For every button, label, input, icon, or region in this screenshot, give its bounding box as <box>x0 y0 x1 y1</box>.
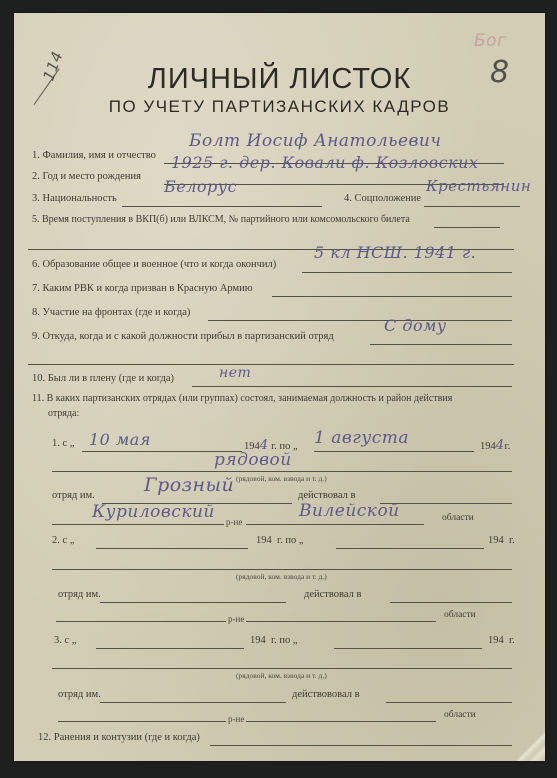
entry-from-date[interactable]: 10 мая <box>89 430 151 449</box>
field-line <box>52 471 512 472</box>
entry-region-label: области <box>444 610 476 620</box>
field-line <box>52 668 512 669</box>
entry-to-year: 1944г. <box>480 438 510 453</box>
entry-unit-label: отряд им. <box>58 589 101 600</box>
field-line <box>52 524 224 525</box>
field-line <box>210 745 512 746</box>
entry-position[interactable]: рядовой <box>214 450 292 470</box>
entry-region-label: области <box>444 710 476 720</box>
entry-district-label: р-не <box>228 614 244 624</box>
field-label-wounds: 12. Ранения и контузии (где и когда) <box>38 732 200 743</box>
field-line <box>246 621 436 622</box>
field-label-front-participation: 8. Участие на фронтах (где и когда) <box>32 307 190 318</box>
field-line <box>314 451 474 452</box>
entry-prefix: 1. с „ <box>52 438 74 449</box>
folded-corner <box>515 731 545 761</box>
field-label-social-status: 4. Соцположение <box>344 193 421 204</box>
field-line <box>390 602 512 603</box>
field-line <box>192 386 512 387</box>
field-label-birth: 2. Год и место рождения <box>32 171 141 182</box>
field-label-nationality: 3. Национальность <box>32 193 117 204</box>
entry-district-label: р-не <box>226 517 242 527</box>
entry-unit-label: отряд им. <box>52 490 95 501</box>
entry-prefix: 2. с „ <box>52 535 74 546</box>
field-label-partisan-units-cont: отряда: <box>48 408 79 419</box>
field-line <box>246 721 436 722</box>
field-line <box>122 206 322 207</box>
field-line <box>272 296 512 297</box>
archive-mark-red: Бог <box>474 31 507 51</box>
entry-unit[interactable]: Грозный <box>144 474 234 496</box>
page-subtitle: ПО УЧЕТУ ПАРТИЗАНСКИХ КАДРОВ <box>14 97 545 117</box>
entry-district-label: р-не <box>228 714 244 724</box>
field-line <box>56 621 226 622</box>
field-line <box>424 206 520 207</box>
field-label-party-membership: 5. Время поступления в ВКП(б) или ВЛКСМ,… <box>32 214 410 225</box>
field-label-arrival: 9. Откуда, когда и с какой должности при… <box>32 331 334 342</box>
field-line <box>336 548 484 549</box>
field-value-nationality[interactable]: Белорус <box>164 177 237 196</box>
field-value-captivity[interactable]: нет <box>219 365 251 381</box>
field-label-captivity: 10. Был ли в плену (где и когда) <box>32 373 174 384</box>
field-label-conscription: 7. Каким РВК и когда призван в Красную А… <box>32 283 253 294</box>
field-label-full-name: 1. Фамилия, имя и отчество <box>32 150 156 161</box>
field-value-social-status[interactable]: Крестьянин <box>426 177 531 195</box>
entry-to-year: 194 г. <box>488 535 515 546</box>
field-label-partisan-units: 11. В каких партизанских отрядах (или гр… <box>32 393 452 404</box>
field-line <box>302 272 512 273</box>
entry-region-label: области <box>442 513 474 523</box>
field-line <box>386 702 512 703</box>
field-line <box>96 648 244 649</box>
entry-acted-label: действовал в <box>304 589 361 600</box>
field-line <box>96 548 248 549</box>
field-line <box>52 569 512 570</box>
field-label-education: 6. Образование общее и военное (что и ко… <box>32 259 276 270</box>
entry-acted-label: действовал в <box>298 490 355 501</box>
field-value-full-name[interactable]: Болт Иосиф Анатольевич <box>189 131 441 151</box>
entry-prefix: 3. с „ <box>54 635 76 646</box>
entry-position-hint: (рядовой, ком. взвода и т. д.) <box>236 474 327 483</box>
entry-region[interactable]: Вилейской <box>299 501 400 521</box>
field-line <box>208 320 512 321</box>
field-value-birth[interactable]: 1925 г. дер. Ковали ф. Козловских <box>171 153 478 172</box>
field-value-arrival[interactable]: С дому <box>384 316 447 335</box>
field-line <box>370 344 512 345</box>
personal-record-sheet: 114 Бог 8 ЛИЧНЫЙ ЛИСТОК ПО УЧЕТУ ПАРТИЗА… <box>14 13 545 761</box>
entry-to-date[interactable]: 1 августа <box>314 428 409 448</box>
entry-from-year: 194 г. по „ <box>256 535 304 546</box>
field-line <box>246 524 424 525</box>
entry-from-year: 194 г. по „ <box>250 635 298 646</box>
field-line <box>58 721 226 722</box>
entry-to-year: 194 г. <box>488 635 515 646</box>
entry-position-hint: (рядовой, ком. взвода и т. д.) <box>236 671 327 680</box>
field-line <box>28 364 514 365</box>
field-line <box>100 602 286 603</box>
entry-acted-label: действововал в <box>292 689 360 700</box>
entry-position-hint: (рядовой, ком. взвода и т. д.) <box>236 572 327 581</box>
field-line <box>100 702 286 703</box>
field-line <box>334 648 482 649</box>
page-title: ЛИЧНЫЙ ЛИСТОК <box>14 63 545 96</box>
field-line <box>434 227 500 228</box>
entry-district[interactable]: Куриловский <box>92 502 215 522</box>
entry-unit-label: отряд им. <box>58 689 101 700</box>
field-value-education[interactable]: 5 кл НСШ. 1941 г. <box>314 243 476 262</box>
